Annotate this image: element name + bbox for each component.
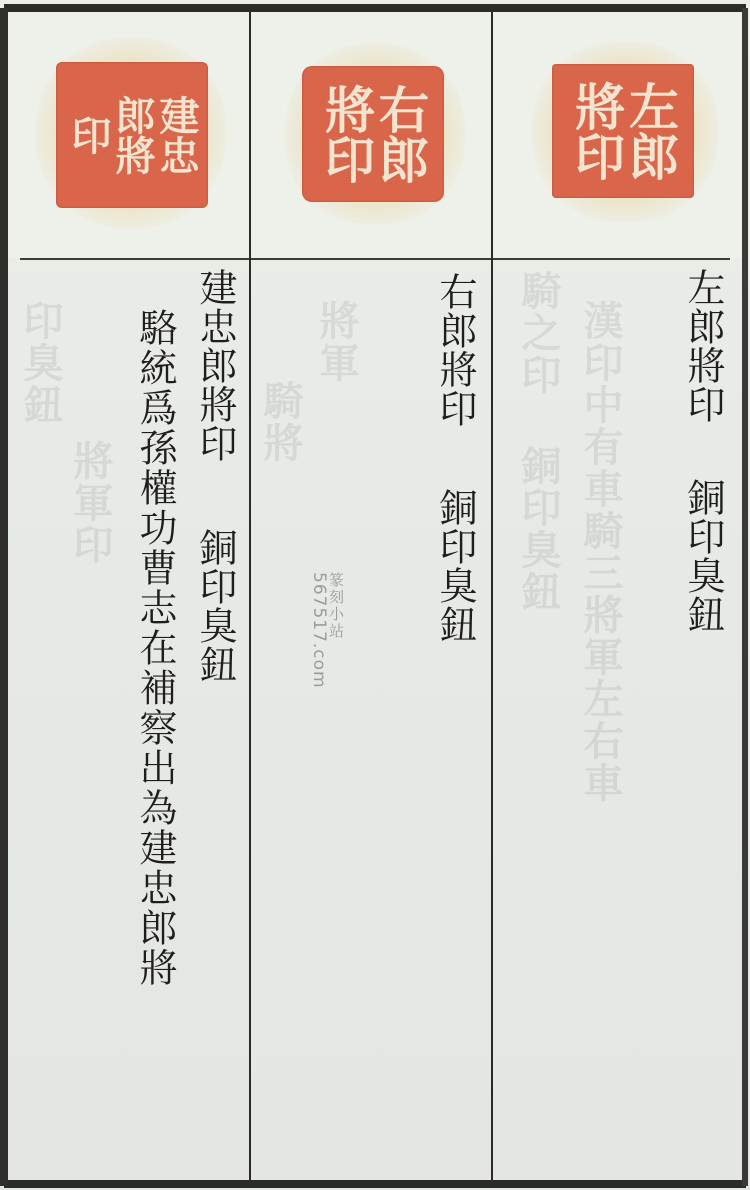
seal-glyphs: 郎將 <box>112 95 152 175</box>
bleed-through-text-right-2: 騎之印 銅印臭鈕 <box>518 270 558 650</box>
watermark-site-name: 篆刻小站 <box>326 572 347 640</box>
seal-impression-jianzhong: 建忠 郎將 印 <box>56 62 208 208</box>
seal-column-1: 右郎 <box>375 72 425 196</box>
book-page: 漢印中有車騎三將軍左右車 騎之印 銅印臭鈕 將軍 騎將 印臭鈕 將軍印 建忠 郎… <box>0 0 750 1190</box>
frame-left-border <box>0 8 8 1186</box>
seal-impression-you-langjiang: 右郎 將印 <box>302 66 444 202</box>
caption-title-right: 左郎將印 <box>684 268 722 424</box>
seal-glyphs: 建忠 <box>156 95 196 175</box>
frame-right-border <box>742 8 748 1186</box>
caption-historical-note: 駱統爲孫權功曹志在補察出為建忠郎將 <box>136 308 174 988</box>
bleed-through-text-left-2: 將軍印 <box>70 440 110 900</box>
caption-title-middle: 右郎將印 <box>436 272 474 428</box>
seal-column-1: 左郎 <box>625 70 675 192</box>
column-divider-2 <box>491 12 493 1180</box>
seal-column-2: 將印 <box>321 72 371 196</box>
bleed-through-text-right-1: 漢印中有車騎三將軍左右車 <box>580 300 620 1060</box>
seal-impression-zuo-langjiang: 左郎 將印 <box>552 64 694 198</box>
watermark-domain: 567517.com <box>309 572 329 689</box>
caption-title-left: 建忠郎將印 <box>196 268 234 463</box>
column-divider-1 <box>249 12 251 1180</box>
divider-seal-caption <box>20 258 730 260</box>
frame-bottom-border <box>4 1180 746 1188</box>
site-watermark: 篆刻小站 567517.com <box>310 572 350 732</box>
bleed-through-text-left-1: 印臭鈕 <box>20 300 60 760</box>
seal-glyphs: 將印 <box>321 84 371 184</box>
seal-glyphs: 將印 <box>571 81 621 181</box>
bleed-through-text-middle-2: 騎將 <box>260 380 300 780</box>
seal-column-2: 郎將 <box>112 68 152 202</box>
bleed-through-text-middle-1: 將軍 <box>316 300 356 560</box>
frame-top-border <box>4 4 746 12</box>
seal-column-1: 建忠 <box>156 68 196 202</box>
caption-material-middle: 銅印臭鈕 <box>436 488 474 644</box>
seal-glyphs: 印 <box>68 115 108 155</box>
seal-column-2: 將印 <box>571 70 621 192</box>
seal-glyphs: 右郎 <box>375 84 425 184</box>
caption-material-right: 銅印臭鈕 <box>684 478 722 634</box>
caption-material-left: 銅印臭鈕 <box>196 528 234 684</box>
seal-glyphs: 左郎 <box>625 81 675 181</box>
seal-column-3: 印 <box>68 68 108 202</box>
